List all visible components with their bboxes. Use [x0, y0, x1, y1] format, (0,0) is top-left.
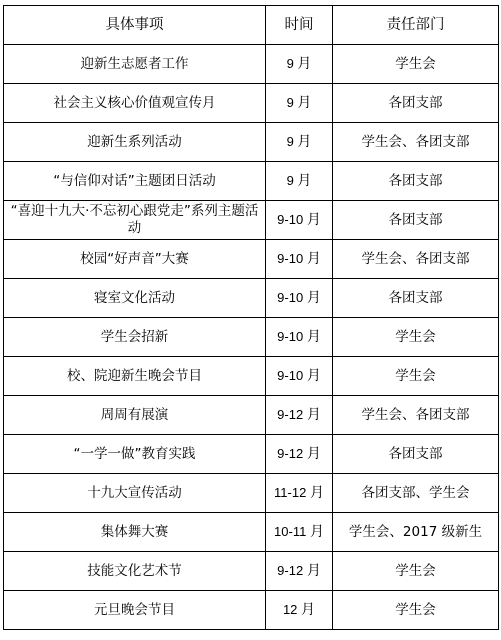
table-row: 技能文化艺术节 9-12 月 学生会	[4, 552, 499, 591]
time-unit: 月	[307, 290, 321, 306]
cell-item: “一学一做”教育实践	[4, 435, 266, 474]
time-unit: 月	[297, 56, 311, 72]
cell-time: 9-12 月	[266, 435, 333, 474]
cell-item: 迎新生志愿者工作	[4, 45, 266, 84]
cell-time: 9-10 月	[266, 279, 333, 318]
time-range: 9-12	[277, 563, 303, 578]
cell-time: 9-12 月	[266, 396, 333, 435]
cell-time: 9 月	[266, 45, 333, 84]
cell-item: 寝室文化活动	[4, 279, 266, 318]
time-unit: 月	[301, 602, 315, 618]
time-range: 9-12	[277, 407, 303, 422]
cell-time: 9-10 月	[266, 201, 333, 240]
table-header-row: 具体事项 时间 责任部门	[4, 6, 499, 45]
cell-department: 学生会	[333, 357, 499, 396]
time-range: 9	[287, 173, 294, 188]
cell-department: 学生会、各团支部	[333, 396, 499, 435]
time-range: 9-10	[277, 251, 303, 266]
time-range: 12	[283, 602, 297, 617]
time-unit: 月	[310, 485, 324, 501]
time-unit: 月	[307, 368, 321, 384]
table-row: “喜迎十九大·不忘初心跟党走”系列主题活动 9-10 月 各团支部	[4, 201, 499, 240]
cell-time: 12 月	[266, 591, 333, 630]
cell-item: 十九大宣传活动	[4, 474, 266, 513]
table-row: 社会主义核心价值观宣传月 9 月 各团支部	[4, 84, 499, 123]
cell-department: 各团支部、学生会	[333, 474, 499, 513]
cell-item: 迎新生系列活动	[4, 123, 266, 162]
cell-item: 周周有展演	[4, 396, 266, 435]
cell-department: 学生会、各团支部	[333, 123, 499, 162]
time-range: 10-11	[274, 524, 306, 539]
document-page: 具体事项 时间 责任部门 迎新生志愿者工作 9 月 学生会 社会主义核心价值观宣…	[3, 5, 498, 636]
time-unit: 月	[297, 173, 311, 189]
table-row: 校、院迎新生晚会节目 9-10 月 学生会	[4, 357, 499, 396]
table-row: 迎新生系列活动 9 月 学生会、各团支部	[4, 123, 499, 162]
time-unit: 月	[297, 95, 311, 111]
header-item: 具体事项	[4, 6, 266, 45]
cell-item: 元旦晚会节目	[4, 591, 266, 630]
cell-time: 9-12 月	[266, 552, 333, 591]
table-row: “与信仰对话”主题团日活动 9 月 各团支部	[4, 162, 499, 201]
cell-item: 校园“好声音”大赛	[4, 240, 266, 279]
table-row: 迎新生志愿者工作 9 月 学生会	[4, 45, 499, 84]
table-row: 周周有展演 9-12 月 学生会、各团支部	[4, 396, 499, 435]
cell-department: 各团支部	[333, 84, 499, 123]
time-range: 9-10	[277, 368, 303, 383]
table-row: 集体舞大赛 10-11 月 学生会、2017 级新生	[4, 513, 499, 552]
time-unit: 月	[307, 446, 321, 462]
header-time: 时间	[266, 6, 333, 45]
time-unit: 月	[310, 524, 324, 540]
cell-department: 学生会、2017 级新生	[333, 513, 499, 552]
cell-item: 社会主义核心价值观宣传月	[4, 84, 266, 123]
header-department: 责任部门	[333, 6, 499, 45]
cell-item: 技能文化艺术节	[4, 552, 266, 591]
time-range: 9	[287, 134, 294, 149]
cell-department: 学生会	[333, 318, 499, 357]
time-unit: 月	[307, 329, 321, 345]
time-range: 9-12	[277, 446, 303, 461]
time-unit: 月	[307, 563, 321, 579]
cell-department: 各团支部	[333, 435, 499, 474]
cell-department: 各团支部	[333, 162, 499, 201]
cell-time: 9-10 月	[266, 240, 333, 279]
cell-department: 学生会	[333, 552, 499, 591]
cell-item: 校、院迎新生晚会节目	[4, 357, 266, 396]
table-row: 寝室文化活动 9-10 月 各团支部	[4, 279, 499, 318]
cell-department: 学生会、各团支部	[333, 240, 499, 279]
table-row: 十九大宣传活动 11-12 月 各团支部、学生会	[4, 474, 499, 513]
cell-time: 9-10 月	[266, 318, 333, 357]
time-range: 11-12	[274, 485, 306, 500]
cell-item: “与信仰对话”主题团日活动	[4, 162, 266, 201]
table-row: 学生会招新 9-10 月 学生会	[4, 318, 499, 357]
table-row: 元旦晚会节目 12 月 学生会	[4, 591, 499, 630]
time-unit: 月	[307, 407, 321, 423]
time-range: 9-10	[277, 212, 303, 227]
cell-item: 集体舞大赛	[4, 513, 266, 552]
table-row: “一学一做”教育实践 9-12 月 各团支部	[4, 435, 499, 474]
cell-time: 9 月	[266, 162, 333, 201]
cell-department: 学生会	[333, 591, 499, 630]
time-unit: 月	[297, 134, 311, 150]
cell-department: 各团支部	[333, 201, 499, 240]
table-row: 校园“好声音”大赛 9-10 月 学生会、各团支部	[4, 240, 499, 279]
cell-time: 9 月	[266, 123, 333, 162]
time-unit: 月	[307, 212, 321, 228]
cell-item: “喜迎十九大·不忘初心跟党走”系列主题活动	[4, 201, 266, 240]
activity-schedule-table: 具体事项 时间 责任部门 迎新生志愿者工作 9 月 学生会 社会主义核心价值观宣…	[3, 5, 499, 630]
time-range: 9-10	[277, 329, 303, 344]
cell-time: 11-12 月	[266, 474, 333, 513]
cell-item: 学生会招新	[4, 318, 266, 357]
time-range: 9	[287, 56, 294, 71]
time-unit: 月	[307, 251, 321, 267]
cell-department: 学生会	[333, 45, 499, 84]
time-range: 9	[287, 95, 294, 110]
cell-time: 10-11 月	[266, 513, 333, 552]
cell-time: 9 月	[266, 84, 333, 123]
time-range: 9-10	[277, 290, 303, 305]
cell-time: 9-10 月	[266, 357, 333, 396]
cell-department: 各团支部	[333, 279, 499, 318]
